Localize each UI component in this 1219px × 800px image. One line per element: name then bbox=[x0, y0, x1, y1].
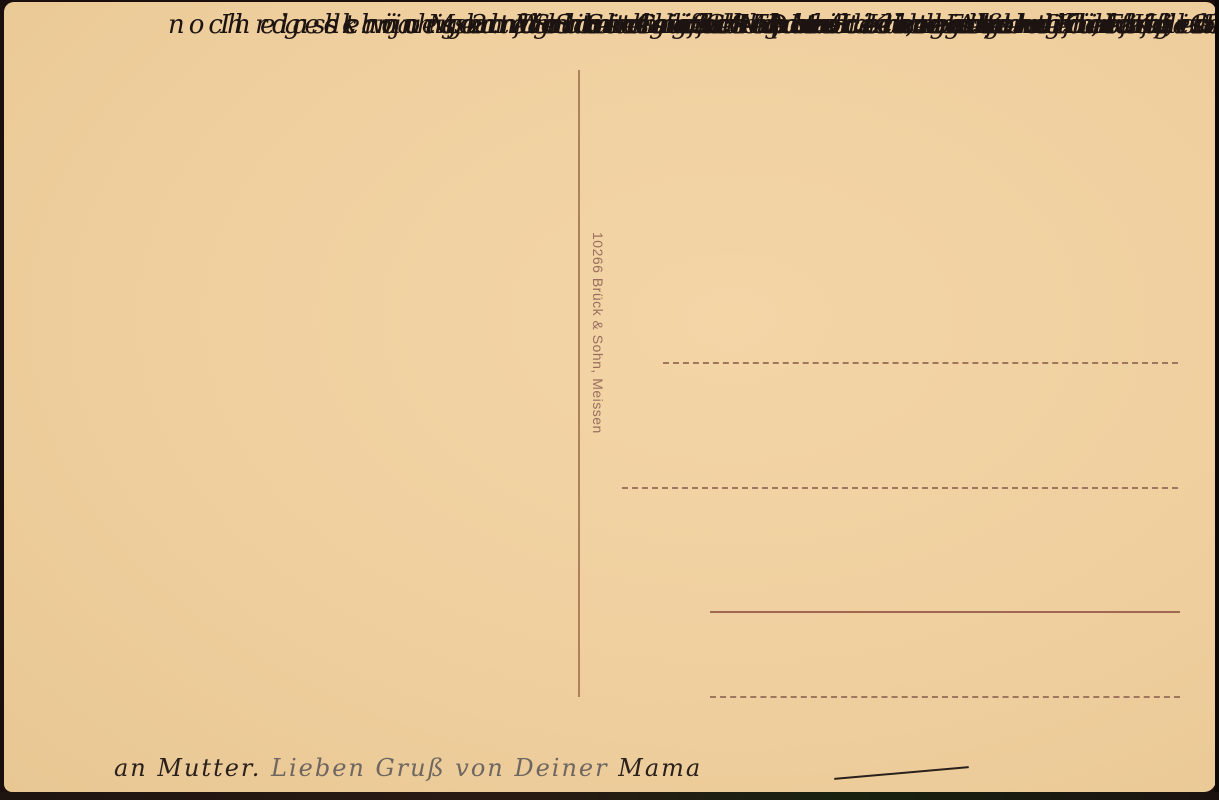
closing-prefix: an Mutter. bbox=[114, 754, 261, 782]
postcard-back: 10266 Brück & Sohn, Meissen Liebe Mieke!… bbox=[4, 2, 1216, 792]
signature-flourish bbox=[834, 766, 969, 780]
scan-frame-bottom bbox=[0, 792, 1219, 800]
closing-text: Lieben Gruß von Deiner bbox=[271, 754, 609, 782]
scan-frame-right bbox=[1215, 0, 1219, 800]
publisher-imprint: 10266 Brück & Sohn, Meissen bbox=[590, 232, 606, 434]
closing-line: an Mutter. Lieben Gruß von Deiner Mama bbox=[114, 754, 702, 782]
signature: Mama bbox=[618, 754, 702, 782]
address-line-4 bbox=[710, 696, 1180, 698]
handwriting-column: noch ein schönes 2. Woche Grüße Euch bbox=[168, 12, 833, 38]
address-line-2 bbox=[622, 487, 1178, 489]
vertical-divider bbox=[578, 70, 580, 697]
address-line-3 bbox=[710, 611, 1180, 613]
address-line-1 bbox=[663, 362, 1178, 364]
